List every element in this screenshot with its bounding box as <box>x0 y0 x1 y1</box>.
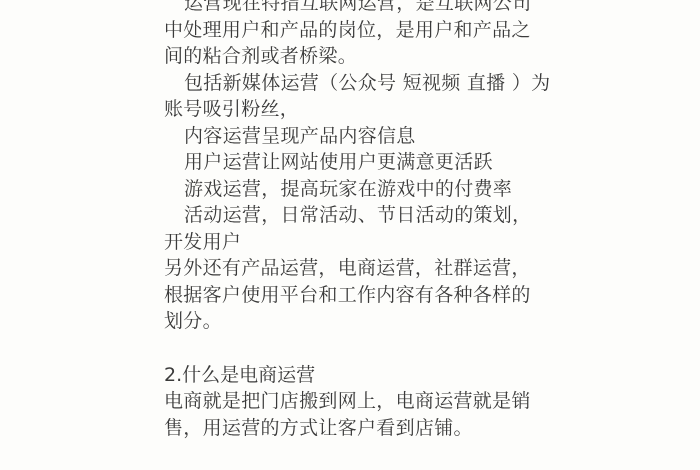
list-continuation: 开发用户 <box>164 229 544 256</box>
paragraph-line: 划分。 <box>164 308 544 335</box>
section-spacer <box>164 335 544 362</box>
paragraph-line: 另外还有产品运营，电商运营，社群运营， <box>164 255 544 282</box>
paragraph-line: 中处理用户和产品的岗位，是用户和产品之 <box>164 17 544 44</box>
paragraph-line: 售，用运营的方式让客户看到店铺。 <box>164 415 544 442</box>
list-item: 游戏运营，提高玩家在游戏中的付费率 <box>164 176 544 203</box>
paragraph-line: 电商就是把门店搬到网上，电商运营就是销 <box>164 388 544 415</box>
section-heading: 2.什么是电商运营 <box>164 362 544 389</box>
list-item: 活动运营，日常活动、节日活动的策划， <box>164 202 544 229</box>
document-body: 运营现在特指互联网运营，是互联网公司 中处理用户和产品的岗位，是用户和产品之 间… <box>164 0 544 441</box>
paragraph-line: 账号吸引粉丝， <box>164 96 544 123</box>
paragraph-line: 运营现在特指互联网运营，是互联网公司 <box>164 0 544 17</box>
list-item: 用户运营让网站使用户更满意更活跃 <box>164 149 544 176</box>
paragraph-line: 间的粘合剂或者桥梁。 <box>164 43 544 70</box>
paragraph-line: 根据客户使用平台和工作内容有各种各样的 <box>164 282 544 309</box>
document-page: 运营现在特指互联网运营，是互联网公司 中处理用户和产品的岗位，是用户和产品之 间… <box>0 0 700 470</box>
list-item: 内容运营呈现产品内容信息 <box>164 123 544 150</box>
paragraph-line: 包括新媒体运营（公众号 短视频 直播 ）为 <box>164 70 544 97</box>
